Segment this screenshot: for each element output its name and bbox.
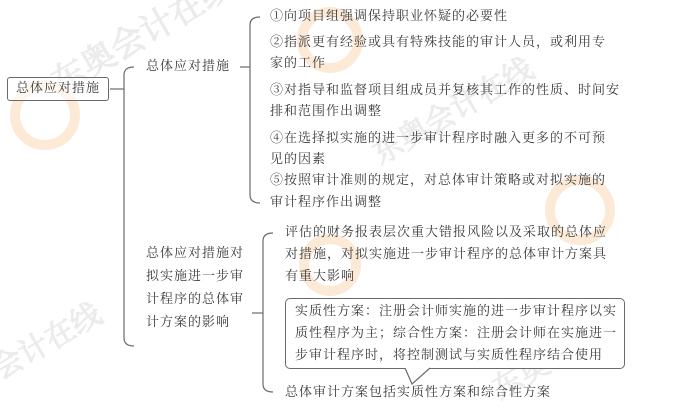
impact-item-2: 总体审计方案包括实质性方案和综合性方案 xyxy=(285,382,551,404)
callout-tail-icon xyxy=(0,0,700,410)
